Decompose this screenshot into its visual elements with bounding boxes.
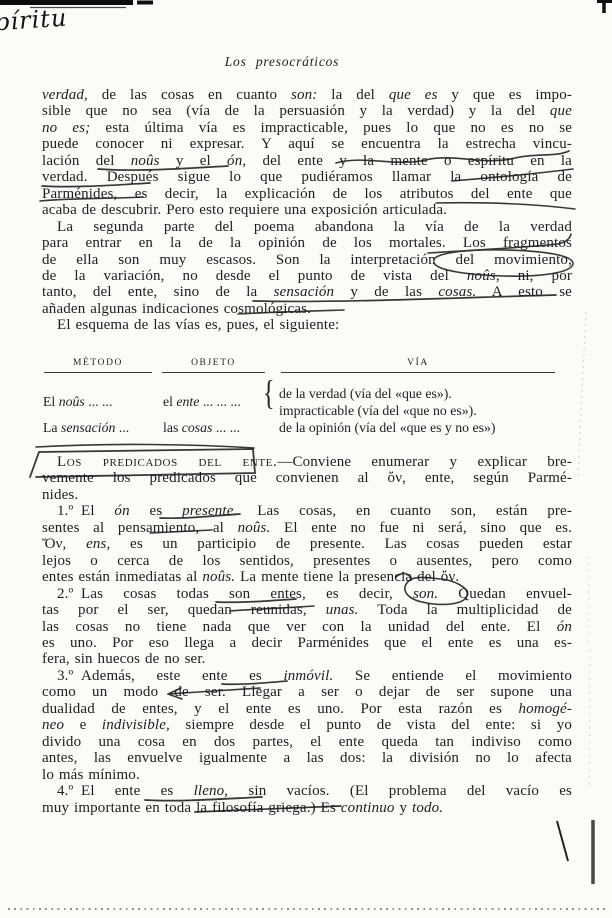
text-line: de ella son muy escasos. Son la interpre… [42,252,572,268]
text-line: lejos o cerca de los sentidos, presentes… [42,553,572,569]
paragraph: La segunda parte del poema abandona la v… [42,219,572,318]
table-rule [162,372,265,373]
table-rule [281,372,555,373]
text-line: 4.º El ente es lleno, sin vacíos. (El pr… [42,783,572,799]
text-line: las cosas no tiene nada que ver con la u… [42,619,572,635]
text-line: sible que no sea (vía de la persuasión y… [42,103,572,119]
table-cell-objeto: el ente ... ... ... [163,394,241,409]
right-margin-scratch [589,650,590,788]
text-line: 3.º Además, este ente es inmóvil. Se ent… [42,668,572,684]
text-line: puede conocer ni expresar. Y aquí se enc… [42,136,572,152]
text-line: tanto, del ente, sino de la sensación y … [42,284,572,300]
table-cell-via: impracticable (vía del «que no es»). [279,403,477,418]
text-line: verdad, de las cosas en cuanto son: la d… [42,87,572,103]
table-cell-via: de la verdad (vía del «que es»). [279,386,452,401]
paragraph: 4.º El ente es lleno, sin vacíos. (El pr… [42,783,572,816]
text-line: nides. [42,487,572,503]
text-line: Los predicados del ente.—Conviene enumer… [42,454,572,470]
handwritten-note: píritu [0,3,68,36]
text-line: de la variación, no desde el punto de vi… [42,268,572,284]
page-edge-dots [8,908,605,910]
table-cell-metodo: El noûs ... ... [43,394,112,409]
text-line: muy importante en toda la filosofía grie… [42,800,572,816]
table-header-objeto: OBJETO [162,356,265,371]
paragraph: El esquema de las vías es, pues, el sigu… [42,317,572,333]
text-line: Ὄν, ens, es un participio de presente. L… [42,536,572,552]
table-cell-via: de la opinión (vía del «que es y no es») [279,420,495,435]
text-line: El esquema de las vías es, pues, el sigu… [42,317,572,333]
text-line: La segunda parte del poema abandona la v… [42,219,572,235]
text-line: lo más mínimo. [42,767,572,783]
running-header: Los presocráticos [182,54,382,70]
text-block-upper: verdad, de las cosas en cuanto son: la d… [42,87,572,334]
text-line: no es; esta última vía es impracticable,… [42,120,572,136]
table-rule [44,372,152,373]
paragraph: 1.º El ón es presente. Las cosas, en cua… [42,503,572,585]
text-line: entes están inmediatas al noûs. La mente… [42,569,572,585]
text-line: verdad. Después sigue lo que pudiéramos … [42,169,572,185]
text-line: acaba de descubrir. Pero esto requiere u… [42,202,572,218]
text-line: para entrar en la de la opinión de los m… [42,235,572,251]
text-line: 1.º El ón es presente. Las cosas, en cua… [42,503,572,519]
table-cell-metodo: La sensación ... [43,420,129,435]
table-brace: { [263,384,275,406]
text-line: lación del noûs y el ón, del ente y la m… [42,153,572,169]
text-line: es uno. Por eso llega a decir Parménides… [42,635,572,651]
vias-table: MÉTODO OBJETO VÍA { El noûs ... ...el en… [42,356,572,440]
text-line: divido una cosa en dos partes, el ente q… [42,734,572,750]
pen-box-predicados-topline [36,444,254,448]
table-cell-objeto: las cosas ... ... [163,420,240,435]
text-line: sentes al pensamiento, al noûs. El ente … [42,520,572,536]
text-line: tas por el ser, quedan reunidas, unas. T… [42,602,572,618]
scanned-book-page: píritu Los presocráticos verdad, de las … [0,0,612,918]
text-line: dualidad de entes, y el ente es uno. Por… [42,701,572,717]
paragraph: Los predicados del ente.—Conviene enumer… [42,454,572,503]
text-line: añaden algunas indicaciones cosmológicas… [42,301,572,317]
text-line: vemente los predicados que convienen al … [42,470,572,486]
table-header-metodo: MÉTODO [44,356,152,371]
text-block-lower: Los predicados del ente.—Conviene enumer… [42,454,572,816]
paragraph: 2.º Las cosas todas son entes, es decir,… [42,586,572,668]
paragraph: verdad, de las cosas en cuanto son: la d… [42,87,572,219]
bottom-right-pen-slash [557,821,568,861]
text-line: Parménides, es decir, la explicación de … [42,186,572,202]
text-line: 2.º Las cosas todas son entes, es decir,… [42,586,572,602]
table-header-via: VÍA [281,356,555,371]
paragraph: 3.º Además, este ente es inmóvil. Se ent… [42,668,572,783]
text-line: neo e indivisible, siempre desde el punt… [42,717,572,733]
text-line: antes, las envuelve igualmente a las dos… [42,750,572,766]
text-line: como un modo de ser. Llegar a ser o deja… [42,684,572,700]
right-margin-scratch [578,312,586,478]
text-line: fera, sin huecos de no ser. [42,651,572,667]
